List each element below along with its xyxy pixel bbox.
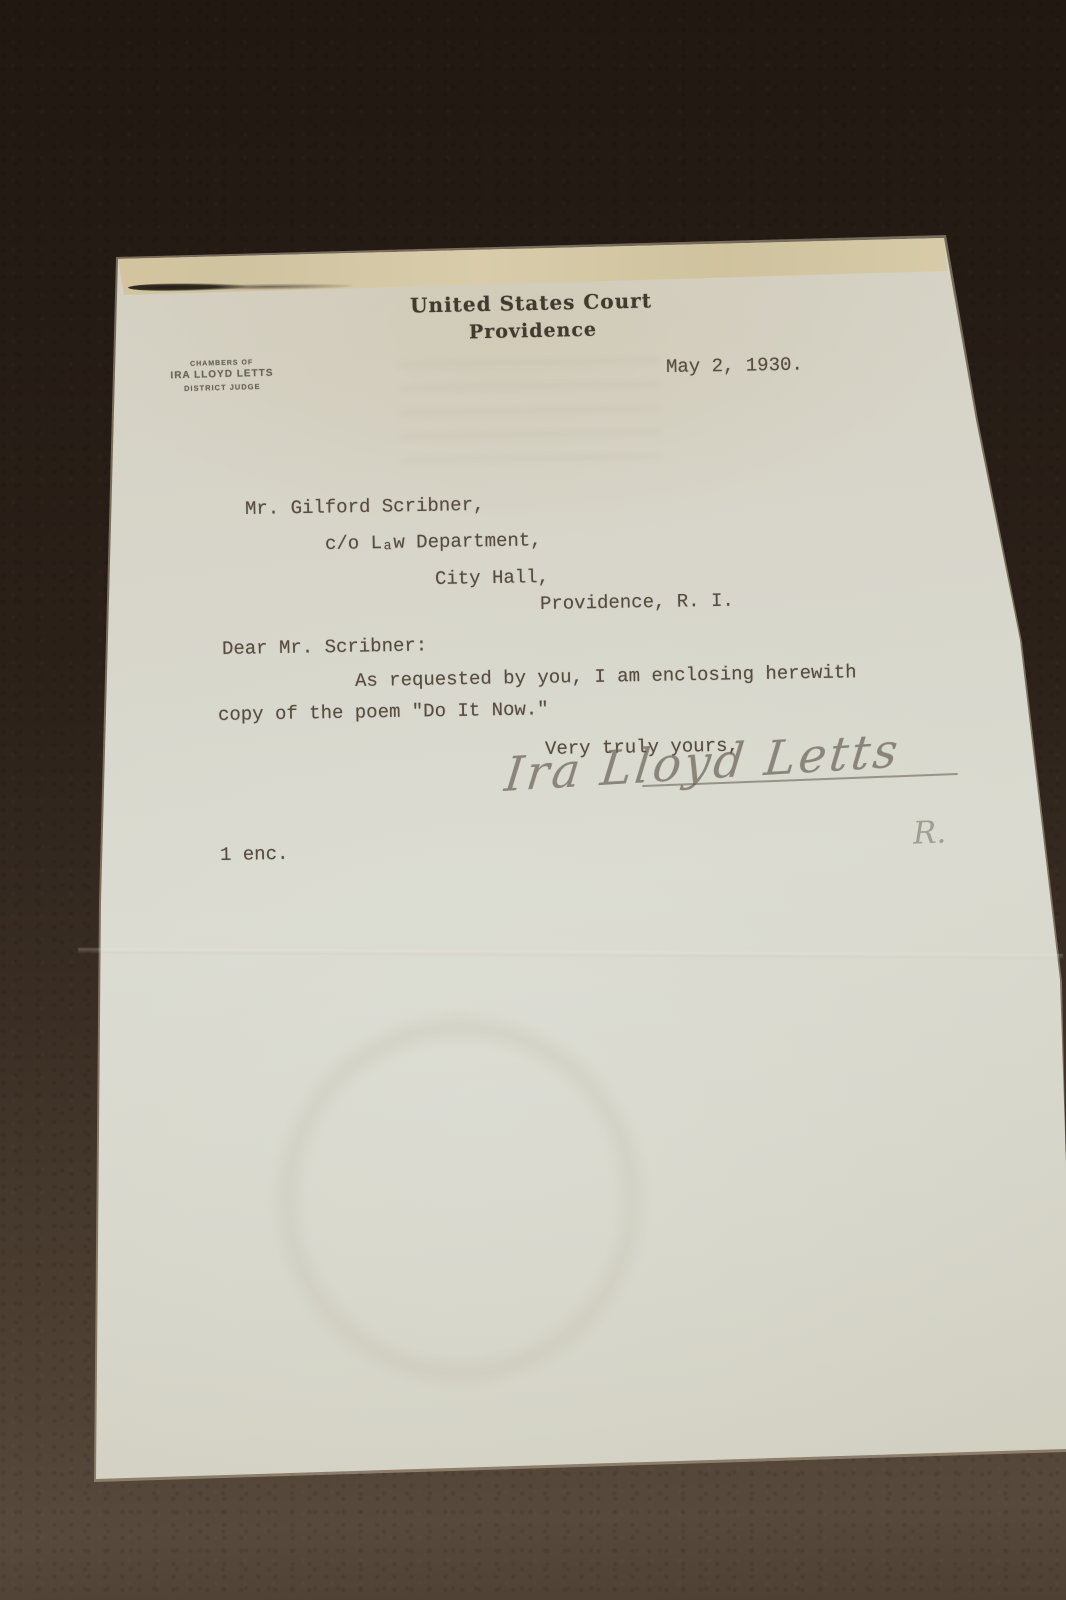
handwritten-initial: R. bbox=[912, 814, 946, 851]
letterhead-title: United States Court bbox=[410, 288, 652, 317]
enclosure-note: 1 enc. bbox=[220, 843, 289, 866]
recipient-name-line: Mr. Gilford Scribner, bbox=[245, 494, 485, 520]
photo-of-letter: United States Court Providence CHAMBERS … bbox=[0, 0, 1066, 1600]
recipient-building-line: City Hall, bbox=[435, 566, 549, 590]
recipient-dept-line: c/o Lₐw Department, bbox=[325, 529, 542, 555]
judge-name-line: IRA LLOYD LETTS bbox=[152, 367, 292, 382]
embossed-seal-impression bbox=[250, 990, 670, 1410]
recipient-city-line: Providence, R. I. bbox=[540, 590, 734, 615]
date-line: May 2, 1930. bbox=[666, 354, 803, 378]
letterhead-subtitle: Providence bbox=[469, 319, 598, 344]
chambers-block: CHAMBERS OF IRA LLOYD LETTS DISTRICT JUD… bbox=[152, 358, 293, 394]
ghost-impression bbox=[399, 358, 661, 483]
salutation-line: Dear Mr. Scribner: bbox=[222, 634, 428, 660]
